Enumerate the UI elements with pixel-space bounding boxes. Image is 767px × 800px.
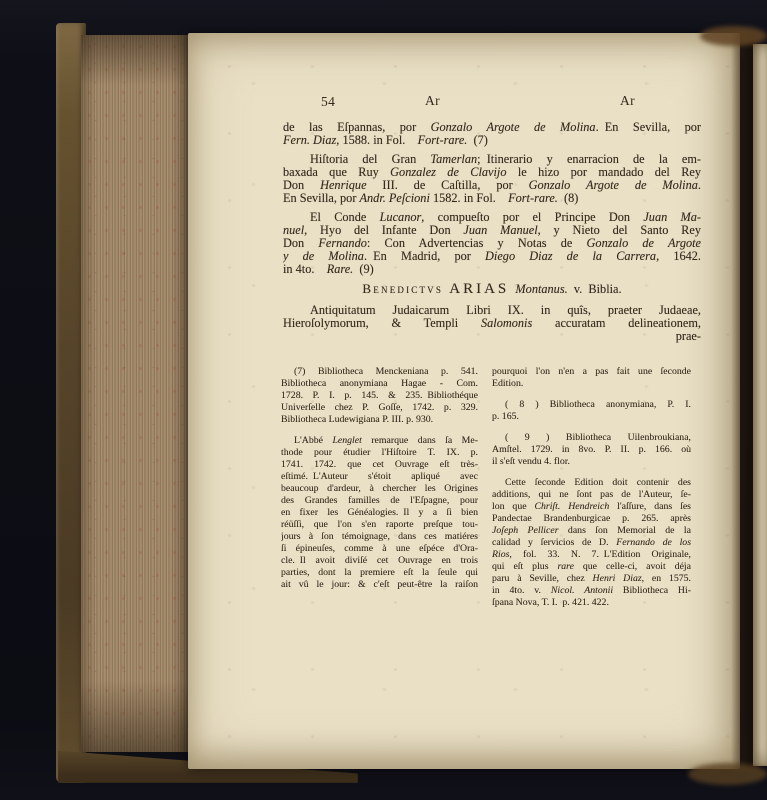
text-line: Rios, fol. 33. N. 7. L'Edition Originale… xyxy=(492,549,691,561)
entry-heading: Benedictvs ARIAS Montanus. v. Biblia. xyxy=(283,282,701,296)
page-number: 54 xyxy=(321,94,335,110)
adjacent-page-edge xyxy=(753,44,767,766)
paragraph: ( 9 ) Bibliotheca Uilenbroukiana,Amſtel.… xyxy=(492,432,691,468)
running-head-right: Ar xyxy=(620,93,635,109)
text-line: Univerſelle chez P. Goſſe, 1742. p. 329. xyxy=(281,402,478,414)
text-line: L'Abbé Lenglet remarque dans ſa Me- xyxy=(281,435,478,447)
running-head-left: Ar xyxy=(425,93,440,109)
text-line: p. 165. xyxy=(492,411,691,423)
text-line: cle. Il avoit diviſé cet Ouvrage en troi… xyxy=(281,555,478,567)
text-line: ſi épineuſes, comme à une eſpéce d'Ora- xyxy=(281,543,478,555)
text-line: en fixer les Généalogies. Il y a ſi bien xyxy=(281,507,478,519)
text-line: Amſtel. 1729. in 8vo. P. II. p. 166. où xyxy=(492,444,691,456)
text-line: (7) Bibliotheca Menckeniana p. 541. xyxy=(281,366,478,378)
text-line: de las Eſpannas, por Gonzalo Argote de M… xyxy=(283,121,701,134)
paragraph: Hiſtoria del Gran Tamerlan; Itinerario y… xyxy=(283,153,701,205)
text-line: baxada que Ruy Gonzalez de Clavijo le hi… xyxy=(283,166,701,179)
paragraph: L'Abbé Lenglet remarque dans ſa Me-thode… xyxy=(281,435,478,591)
text-line: Edition. xyxy=(492,378,691,390)
text-line: En Sevilla, por Andr. Peſcioni 1582. in … xyxy=(283,192,701,205)
text-line: ſpana Nova, T. I. p. 421. 422. xyxy=(492,597,691,609)
text-line: El Conde Lucanor, compueſto por el Princ… xyxy=(283,211,701,224)
text-line: 1728. P. I. p. 145. & 235. Bibliothéque xyxy=(281,390,478,402)
text-line: in 4to. Rare. (9) xyxy=(283,263,701,276)
top-right-book-edge xyxy=(700,26,767,46)
footnotes-right-column: pourquoi l'on n'en a pas fait une ſecond… xyxy=(492,366,691,609)
text-line: Bibliotheca anonymiana Hagae - Com. xyxy=(281,378,478,390)
text-line: jours à ſon témoignage, dans ces matiére… xyxy=(281,531,478,543)
text-line: calidad y ſervicios de D. Fernando de lo… xyxy=(492,537,691,549)
text-line: Cette ſeconde Edition doit contenir des xyxy=(492,477,691,489)
photo-backdrop: 54 Ar Ar de las Eſpannas, por Gonzalo Ar… xyxy=(0,0,767,800)
text-line: eſtimé. L'Auteur s'étoit apliqué avec xyxy=(281,471,478,483)
text-line: Pandectae Brandenburgicae p. 265. après xyxy=(492,513,691,525)
main-text: de las Eſpannas, por Gonzalo Argote de M… xyxy=(283,121,701,343)
text-line: ait vû le jour: & c'eſt peut-être la rai… xyxy=(281,579,478,591)
text-line: ( 9 ) Bibliotheca Uilenbroukiana, xyxy=(492,432,691,444)
footnotes: (7) Bibliotheca Menckeniana p. 541.Bibli… xyxy=(281,366,701,609)
text-line: thode pour étudier l'Hiſtoire T. IX. p. xyxy=(281,447,478,459)
text-line: 1741. 1742. que cet Ouvrage eſt très- xyxy=(281,459,478,471)
book-page: 54 Ar Ar de las Eſpannas, por Gonzalo Ar… xyxy=(188,33,740,769)
text-line: des Grandes familles de l'Eſpagne, pour xyxy=(281,495,478,507)
text-line: beaucoup d'ardeur, à chercher les Origin… xyxy=(281,483,478,495)
text-line: prae- xyxy=(283,330,701,343)
bottom-right-book-edge xyxy=(688,763,767,785)
text-line: ( 8 ) Bibliotheca anonymiana, P. I. xyxy=(492,399,691,411)
text-line: réüſſi, que l'on s'en raporte preſque to… xyxy=(281,519,478,531)
paragraph: pourquoi l'on n'en a pas fait une ſecond… xyxy=(492,366,691,390)
paragraph: Cette ſeconde Edition doit contenir desa… xyxy=(492,477,691,609)
text-line: Joſeph Pellicer dans ſon Memorial de la xyxy=(492,525,691,537)
text-line: Hieroſolymorum, & Templi Salomonis accur… xyxy=(283,317,701,330)
text-line: il s'eſt vendu 4. flor. xyxy=(492,456,691,468)
text-line: Fern. Diaz, 1588. in Fol. Fort-rare. (7) xyxy=(283,134,701,147)
text-line: Hiſtoria del Gran Tamerlan; Itinerario y… xyxy=(283,153,701,166)
paragraph: El Conde Lucanor, compueſto por el Princ… xyxy=(283,211,701,276)
text-line: lon que Chriſt. Hendreich l'aſſure, dans… xyxy=(492,501,691,513)
footnotes-left-column: (7) Bibliotheca Menckeniana p. 541.Bibli… xyxy=(281,366,478,609)
text-line: paru à Seville, chez Henri Diaz, en 1575… xyxy=(492,573,691,585)
paragraph: (7) Bibliotheca Menckeniana p. 541.Bibli… xyxy=(281,366,478,426)
text-line: Antiquitatum Judaicarum Libri IX. in quî… xyxy=(283,304,701,317)
text-line: additions, qui ne ſont pas de l'Auteur, … xyxy=(492,489,691,501)
text-line: qui eſt plus rare que celle-ci, avoit dé… xyxy=(492,561,691,573)
text-line: in 4to. v. Nicol. Antonii Bibliotheca Hi… xyxy=(492,585,691,597)
text-line: y de Molina. En Madrid, por Diego Diaz d… xyxy=(283,250,701,263)
text-line: Don Henrique III. de Caſtilla, por Gonza… xyxy=(283,179,701,192)
text-line: Don Fernando: Con Advertencias y Notas d… xyxy=(283,237,701,250)
paragraph: Antiquitatum Judaicarum Libri IX. in quî… xyxy=(283,304,701,343)
text-line: Bibliotheca Ludewigiana P. III. p. 930. xyxy=(281,414,478,426)
paragraph: de las Eſpannas, por Gonzalo Argote de M… xyxy=(283,121,701,147)
text-line: parties, dont la premiere eſt la ſeule q… xyxy=(281,567,478,579)
page-fore-edge xyxy=(81,35,190,752)
text-line: pourquoi l'on n'en a pas fait une ſecond… xyxy=(492,366,691,378)
paragraph: ( 8 ) Bibliotheca anonymiana, P. I.p. 16… xyxy=(492,399,691,423)
text-line: nuel, Hyo del Infante Don Juan Manuel, y… xyxy=(283,224,701,237)
